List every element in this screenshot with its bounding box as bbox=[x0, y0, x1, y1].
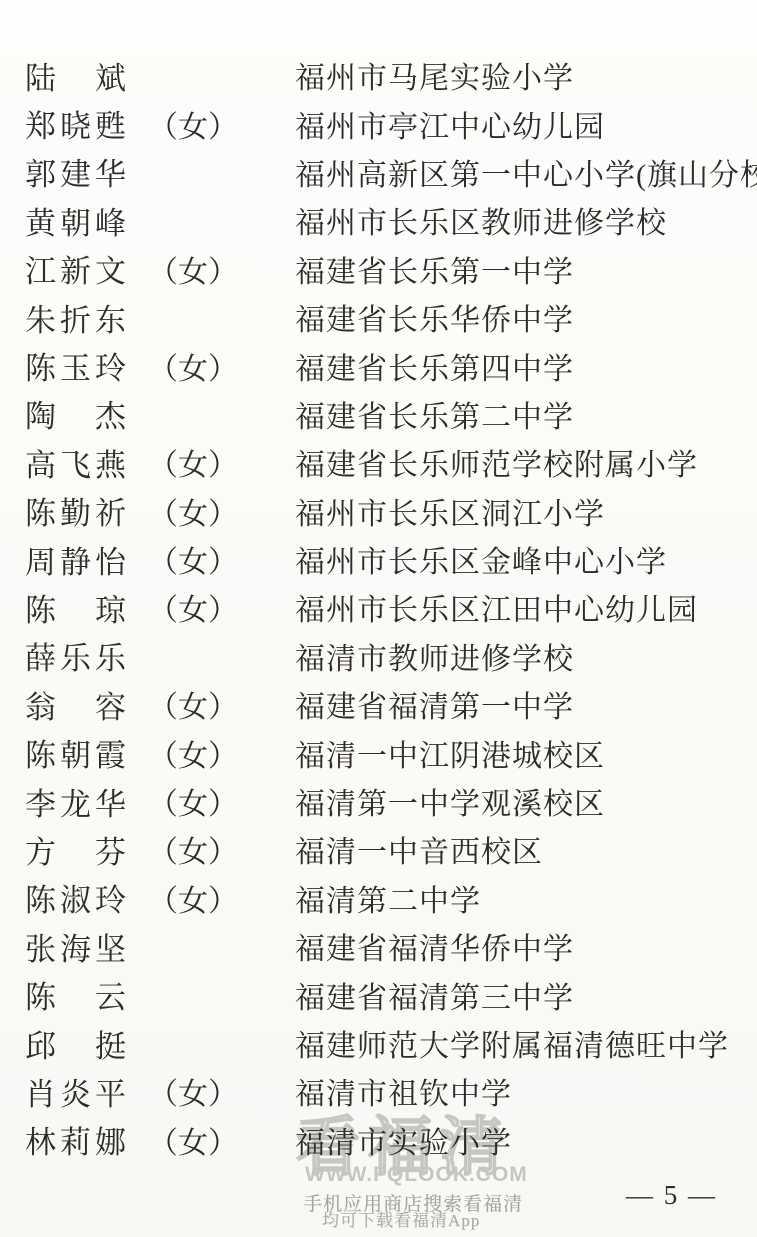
person-name: 林莉娜 bbox=[25, 1117, 148, 1162]
school-name: 福清一中江阴港城校区 bbox=[295, 731, 757, 775]
school-name: 福清市祖钦中学 bbox=[295, 1069, 757, 1113]
list-item: 黄朝峰 福州市长乐区教师进修学校 bbox=[0, 196, 757, 244]
person-name: 陈 琼 bbox=[25, 585, 148, 630]
gender-label: （女） bbox=[148, 1069, 295, 1113]
person-name: 李龙华 bbox=[25, 779, 148, 824]
school-name: 福建省福清第三中学 bbox=[295, 973, 757, 1017]
school-name: 福州市马尾实验小学 bbox=[295, 53, 757, 97]
awardee-list: 陆 斌 福州市马尾实验小学 郑晓甦 （女） 福州市亭江中心幼儿园 郭建华 福州高… bbox=[0, 51, 757, 1164]
list-item: 陶 杰 福建省长乐第二中学 bbox=[0, 390, 757, 438]
document-page: 陆 斌 福州市马尾实验小学 郑晓甦 （女） 福州市亭江中心幼儿园 郭建华 福州高… bbox=[0, 0, 757, 1237]
gender-label: （女） bbox=[148, 585, 295, 629]
person-name: 邱 挺 bbox=[25, 1021, 148, 1066]
list-item: 郭建华 福州高新区第一中心小学(旗山分校) bbox=[0, 148, 757, 196]
school-name: 福清市教师进修学校 bbox=[295, 634, 757, 678]
list-item: 李龙华 （女） 福清第一中学观溪校区 bbox=[0, 777, 757, 825]
person-name: 陈朝霞 bbox=[25, 730, 148, 775]
person-name: 陈勤祈 bbox=[25, 488, 148, 533]
school-name: 福州市亭江中心幼儿园 bbox=[295, 102, 757, 146]
gender-label: （女） bbox=[148, 876, 295, 920]
list-item: 陈朝霞 （女） 福清一中江阴港城校区 bbox=[0, 728, 757, 776]
list-item: 江新文 （女） 福建省长乐第一中学 bbox=[0, 245, 757, 293]
list-item: 陆 斌 福州市马尾实验小学 bbox=[0, 51, 757, 99]
school-name: 福州市长乐区金峰中心小学 bbox=[295, 537, 757, 581]
school-name: 福建师范大学附属福清德旺中学 bbox=[295, 1021, 757, 1065]
gender-label: （女） bbox=[148, 440, 295, 484]
page-number: — 5 — bbox=[626, 1180, 717, 1211]
school-name: 福清第二中学 bbox=[295, 876, 757, 920]
person-name: 方 芬 bbox=[25, 827, 148, 872]
school-name: 福建省福清第一中学 bbox=[295, 682, 757, 726]
gender-label: （女） bbox=[148, 731, 295, 775]
list-item: 张海坚 福建省福清华侨中学 bbox=[0, 922, 757, 970]
list-item: 陈玉玲 （女） 福建省长乐第四中学 bbox=[0, 341, 757, 389]
watermark-url: WWW.FQLOOK.COM bbox=[305, 1163, 528, 1187]
school-name: 福清第一中学观溪校区 bbox=[295, 779, 757, 823]
gender-label: （女） bbox=[148, 537, 295, 581]
person-name: 郑晓甦 bbox=[25, 101, 148, 146]
school-name: 福建省长乐华侨中学 bbox=[295, 295, 757, 339]
gender-label: （女） bbox=[148, 247, 295, 291]
gender-label: （女） bbox=[148, 489, 295, 533]
list-item: 薛乐乐 福清市教师进修学校 bbox=[0, 632, 757, 680]
person-name: 肖炎平 bbox=[25, 1069, 148, 1114]
gender-label: （女） bbox=[148, 1118, 295, 1162]
school-name: 福建省长乐第一中学 bbox=[295, 247, 757, 291]
list-item: 翁 容 （女） 福建省福清第一中学 bbox=[0, 680, 757, 728]
gender-label: （女） bbox=[148, 344, 295, 388]
school-name: 福建省福清华侨中学 bbox=[295, 924, 757, 968]
list-item: 邱 挺 福建师范大学附属福清德旺中学 bbox=[0, 1019, 757, 1067]
list-item: 高飞燕 （女） 福建省长乐师范学校附属小学 bbox=[0, 438, 757, 486]
person-name: 张海坚 bbox=[25, 924, 148, 969]
school-name: 福州市长乐区洞江小学 bbox=[295, 489, 757, 533]
list-item: 林莉娜 （女） 福清市实验小学 bbox=[0, 1116, 757, 1164]
person-name: 薛乐乐 bbox=[25, 633, 148, 678]
list-item: 陈 云 福建省福清第三中学 bbox=[0, 970, 757, 1018]
list-item: 陈 琼 （女） 福州市长乐区江田中心幼儿园 bbox=[0, 583, 757, 631]
person-name: 高飞燕 bbox=[25, 440, 148, 485]
person-name: 陈玉玲 bbox=[25, 343, 148, 388]
person-name: 朱折东 bbox=[25, 295, 148, 340]
list-item: 陈淑玲 （女） 福清第二中学 bbox=[0, 874, 757, 922]
person-name: 周静怡 bbox=[25, 537, 148, 582]
school-name: 福清一中音西校区 bbox=[295, 827, 757, 871]
person-name: 郭建华 bbox=[25, 149, 148, 194]
list-item: 郑晓甦 （女） 福州市亭江中心幼儿园 bbox=[0, 99, 757, 147]
person-name: 陆 斌 bbox=[25, 53, 148, 98]
person-name: 陈淑玲 bbox=[25, 875, 148, 920]
school-name: 福州市长乐区教师进修学校 bbox=[295, 198, 757, 242]
list-item: 肖炎平 （女） 福清市祖钦中学 bbox=[0, 1067, 757, 1115]
list-item: 周静怡 （女） 福州市长乐区金峰中心小学 bbox=[0, 535, 757, 583]
school-name: 福建省长乐第四中学 bbox=[295, 344, 757, 388]
person-name: 陈 云 bbox=[25, 972, 148, 1017]
school-name: 福州高新区第一中心小学(旗山分校) bbox=[295, 150, 757, 194]
gender-label: （女） bbox=[148, 827, 295, 871]
school-name: 福建省长乐第二中学 bbox=[295, 392, 757, 436]
school-name: 福州市长乐区江田中心幼儿园 bbox=[295, 585, 757, 629]
list-item: 陈勤祈 （女） 福州市长乐区洞江小学 bbox=[0, 487, 757, 535]
watermark-caption-line2: 均可下载看福清App bbox=[322, 1206, 480, 1231]
person-name: 黄朝峰 bbox=[25, 198, 148, 243]
person-name: 陶 杰 bbox=[25, 391, 148, 436]
gender-label: （女） bbox=[148, 102, 295, 146]
school-name: 福清市实验小学 bbox=[295, 1118, 757, 1162]
school-name: 福建省长乐师范学校附属小学 bbox=[295, 440, 757, 484]
list-item: 朱折东 福建省长乐华侨中学 bbox=[0, 293, 757, 341]
person-name: 江新文 bbox=[25, 246, 148, 291]
gender-label: （女） bbox=[148, 682, 295, 726]
list-item: 方 芬 （女） 福清一中音西校区 bbox=[0, 825, 757, 873]
person-name: 翁 容 bbox=[25, 682, 148, 727]
gender-label: （女） bbox=[148, 779, 295, 823]
